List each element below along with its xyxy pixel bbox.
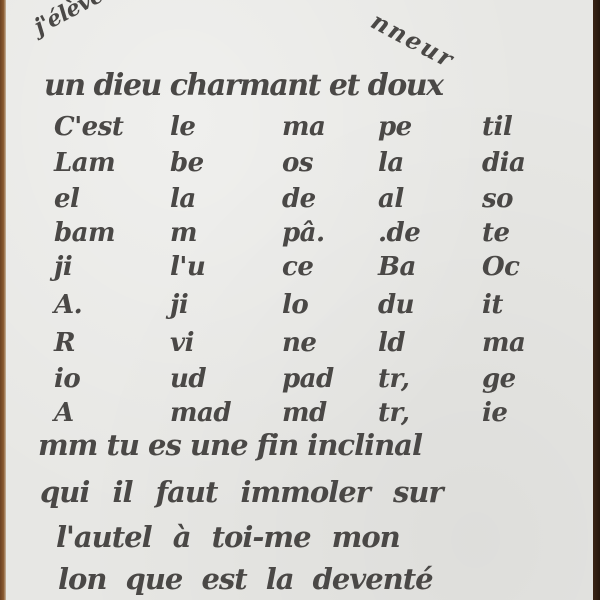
column-cell: du <box>378 290 414 320</box>
column-cell: A <box>54 398 74 428</box>
column-row: el la de al so <box>0 184 600 214</box>
column-cell: ie <box>482 398 507 428</box>
column-cell: til <box>482 112 512 142</box>
column-cell: ud <box>170 364 206 394</box>
column-row: R vi ne ld ma <box>0 328 600 358</box>
column-cell: pâ. <box>282 218 325 248</box>
column-cell: Lam <box>54 148 115 178</box>
column-cell: be <box>170 148 204 178</box>
column-cell: pe <box>378 112 412 142</box>
column-cell: C'est <box>54 112 123 142</box>
column-cell: Ba <box>378 252 416 282</box>
base-line-2: qui il faut immoler sur <box>40 475 443 509</box>
column-cell: mad <box>170 398 231 428</box>
column-cell: ge <box>482 364 516 394</box>
base-line-3: l'autel à toi-me mon <box>56 520 400 554</box>
column-row: Lam be os la dia <box>0 148 600 178</box>
column-cell: el <box>54 184 79 214</box>
column-row: A. ji lo du it <box>0 290 600 320</box>
column-cell: la <box>378 148 404 178</box>
column-cell: ji <box>170 290 188 320</box>
column-cell: bam <box>54 218 115 248</box>
column-cell: ma <box>482 328 525 358</box>
column-cell: so <box>482 184 513 214</box>
column-cell: md <box>282 398 327 428</box>
column-cell: ji <box>54 252 72 282</box>
column-cell: lo <box>282 290 308 320</box>
column-row: io ud pad tr, ge <box>0 364 600 394</box>
column-row: ji l'u ce Ba Oc <box>0 252 600 282</box>
column-cell: tr, <box>378 364 409 394</box>
base-line-4: lon que est la deventé <box>58 562 433 596</box>
column-cell: m <box>170 218 197 248</box>
column-cell: Oc <box>482 252 519 282</box>
column-cell: A. <box>54 290 82 320</box>
column-row: A mad md tr, ie <box>0 398 600 428</box>
column-row: C'est le ma pe til <box>0 112 600 142</box>
column-cell: ma <box>282 112 325 142</box>
column-cell: la <box>170 184 196 214</box>
column-cell: le <box>170 112 195 142</box>
column-cell: l'u <box>170 252 205 282</box>
column-cell: al <box>378 184 404 214</box>
column-cell: os <box>282 148 313 178</box>
column-cell: ne <box>282 328 316 358</box>
column-cell: de <box>282 184 316 214</box>
architrave-line: un dieu charmant et doux <box>44 68 442 103</box>
column-cell: tr, <box>378 398 409 428</box>
base-line-1: mm tu es une fin inclinal <box>38 428 422 462</box>
column-cell: vi <box>170 328 194 358</box>
column-cell: dia <box>482 148 525 178</box>
column-cell: it <box>482 290 503 320</box>
column-cell: ce <box>282 252 313 282</box>
column-cell: pad <box>282 364 334 394</box>
column-row: bam m pâ. .de te <box>0 218 600 248</box>
column-cell: .de <box>378 218 420 248</box>
column-cell: io <box>54 364 80 394</box>
column-cell: R <box>54 328 75 358</box>
column-cell: ld <box>378 328 405 358</box>
column-cell: te <box>482 218 510 248</box>
